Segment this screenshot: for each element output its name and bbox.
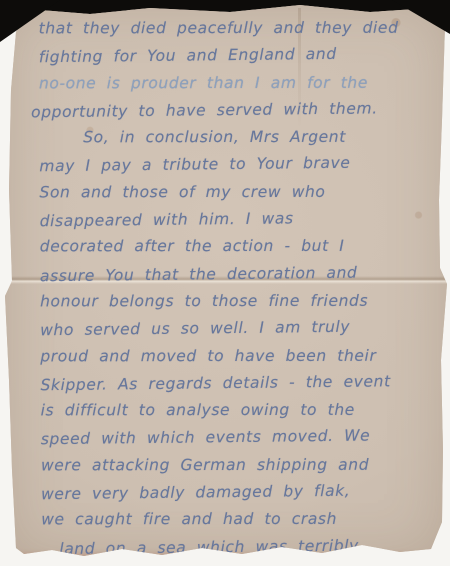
handwritten-line: fighting for You and England and: [39, 40, 435, 72]
letter-page: that they died peacefully and they died …: [0, 0, 450, 566]
handwritten-line: speed with which events moved. We: [41, 422, 437, 454]
handwritten-line: we caught fire and had to crash: [41, 506, 437, 534]
handwritten-line: is difficult to analyse owing to the: [41, 397, 437, 425]
handwritten-line: land on a sea which was terribly: [41, 531, 437, 563]
handwritten-line: opportunity to have served with them.: [31, 95, 435, 127]
handwritten-line: assure You that the decoration and: [40, 258, 436, 290]
handwritten-line: Skipper. As regards details - the event: [40, 368, 436, 400]
handwritten-line: were very badly damaged by flak,: [41, 477, 437, 509]
handwritten-line: may I pay a tribute to Your brave: [39, 149, 435, 181]
handwritten-line: honour belongs to those fine friends: [40, 288, 436, 316]
handwritten-line: proud and moved to have been their: [40, 342, 436, 370]
handwritten-line: no-one is prouder than I am for the: [39, 69, 435, 97]
handwritten-line: who served us so well. I am truly: [40, 313, 436, 345]
handwritten-text-block: that they died peacefully and they died …: [39, 14, 438, 562]
handwritten-line: Son and those of my crew who: [39, 178, 435, 206]
handwritten-line: were attacking German shipping and: [41, 451, 437, 479]
handwritten-line: that they died peacefully and they died: [39, 15, 435, 43]
handwritten-line: decorated after the action - but I: [40, 233, 436, 261]
handwritten-line: disappeared with him. I was: [40, 204, 436, 236]
handwritten-line: So, in conclusion, Mrs Argent: [39, 124, 435, 152]
